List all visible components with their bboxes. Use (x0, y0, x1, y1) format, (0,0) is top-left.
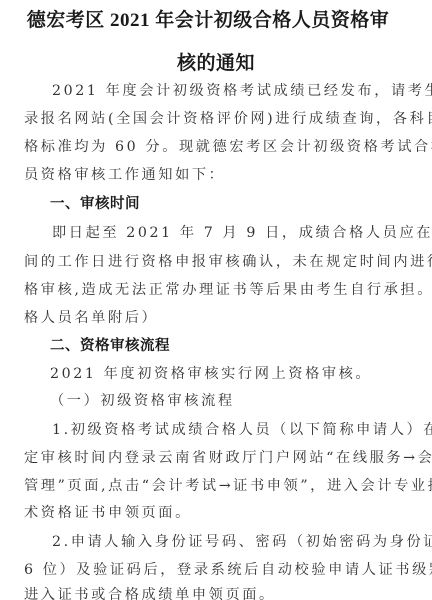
step-2-line-1: 2.申请人输入身份证号码、密码（初始密码为身份证后 (52, 532, 422, 552)
section-1-heading: 一、审核时间 (50, 194, 140, 214)
step-1-line-3: 管理”页面,点击“会计考试→证书申领”，进入会计专业技 (24, 476, 394, 496)
notice-document: 德宏考区 2021 年会计初级合格人员资格审 核的通知 2021 年度会计初级资… (0, 0, 432, 600)
step-1-line-2: 定审核时间内登录云南省财政厅门户网站“在线服务→会计 (24, 448, 394, 468)
intro-paragraph-line-4: 员资格审核工作通知如下： (24, 165, 394, 185)
section-1-line-4: 格人员名单附后） (24, 308, 394, 328)
document-title-line-1: 德宏考区 2021 年会计初级合格人员资格审 (0, 5, 424, 32)
document-title-line-2: 核的通知 (0, 48, 432, 75)
intro-paragraph-line-3: 格标准均为 60 分。现就德宏考区会计初级资格考试合格人 (24, 137, 394, 157)
step-1-line-1: 1.初级资格考试成绩合格人员（以下简称申请人）在规 (52, 420, 422, 440)
section-1-line-1: 即日起至 2021 年 7 月 9 日，成绩合格人员应在规定时 (52, 223, 422, 243)
section-2-subheading: （一）初级资格审核流程 (50, 391, 420, 411)
section-2-heading: 二、资格审核流程 (50, 336, 170, 356)
section-1-line-2: 间的工作日进行资格申报审核确认，未在规定时间内进行资 (24, 252, 394, 272)
intro-paragraph-line-1: 2021 年度会计初级资格考试成绩已经发布，请考生登 (52, 81, 422, 101)
section-1-line-3: 格审核,造成无法正常办理证书等后果由考生自行承担。(合 (24, 280, 394, 300)
step-2-line-3: 进入证书或合格成绩单申领页面。 (24, 585, 394, 600)
step-1-line-4: 术资格证书申领页面。 (24, 503, 394, 523)
section-2-intro: 2021 年度初资格审核实行网上资格审核。 (50, 364, 420, 384)
step-2-line-2: 6 位）及验证码后，登录系统后自动校验申请人证书级别， (24, 560, 394, 580)
intro-paragraph-line-2: 录报名网站(全国会计资格评价网)进行成绩查询，各科目合 (24, 109, 394, 129)
